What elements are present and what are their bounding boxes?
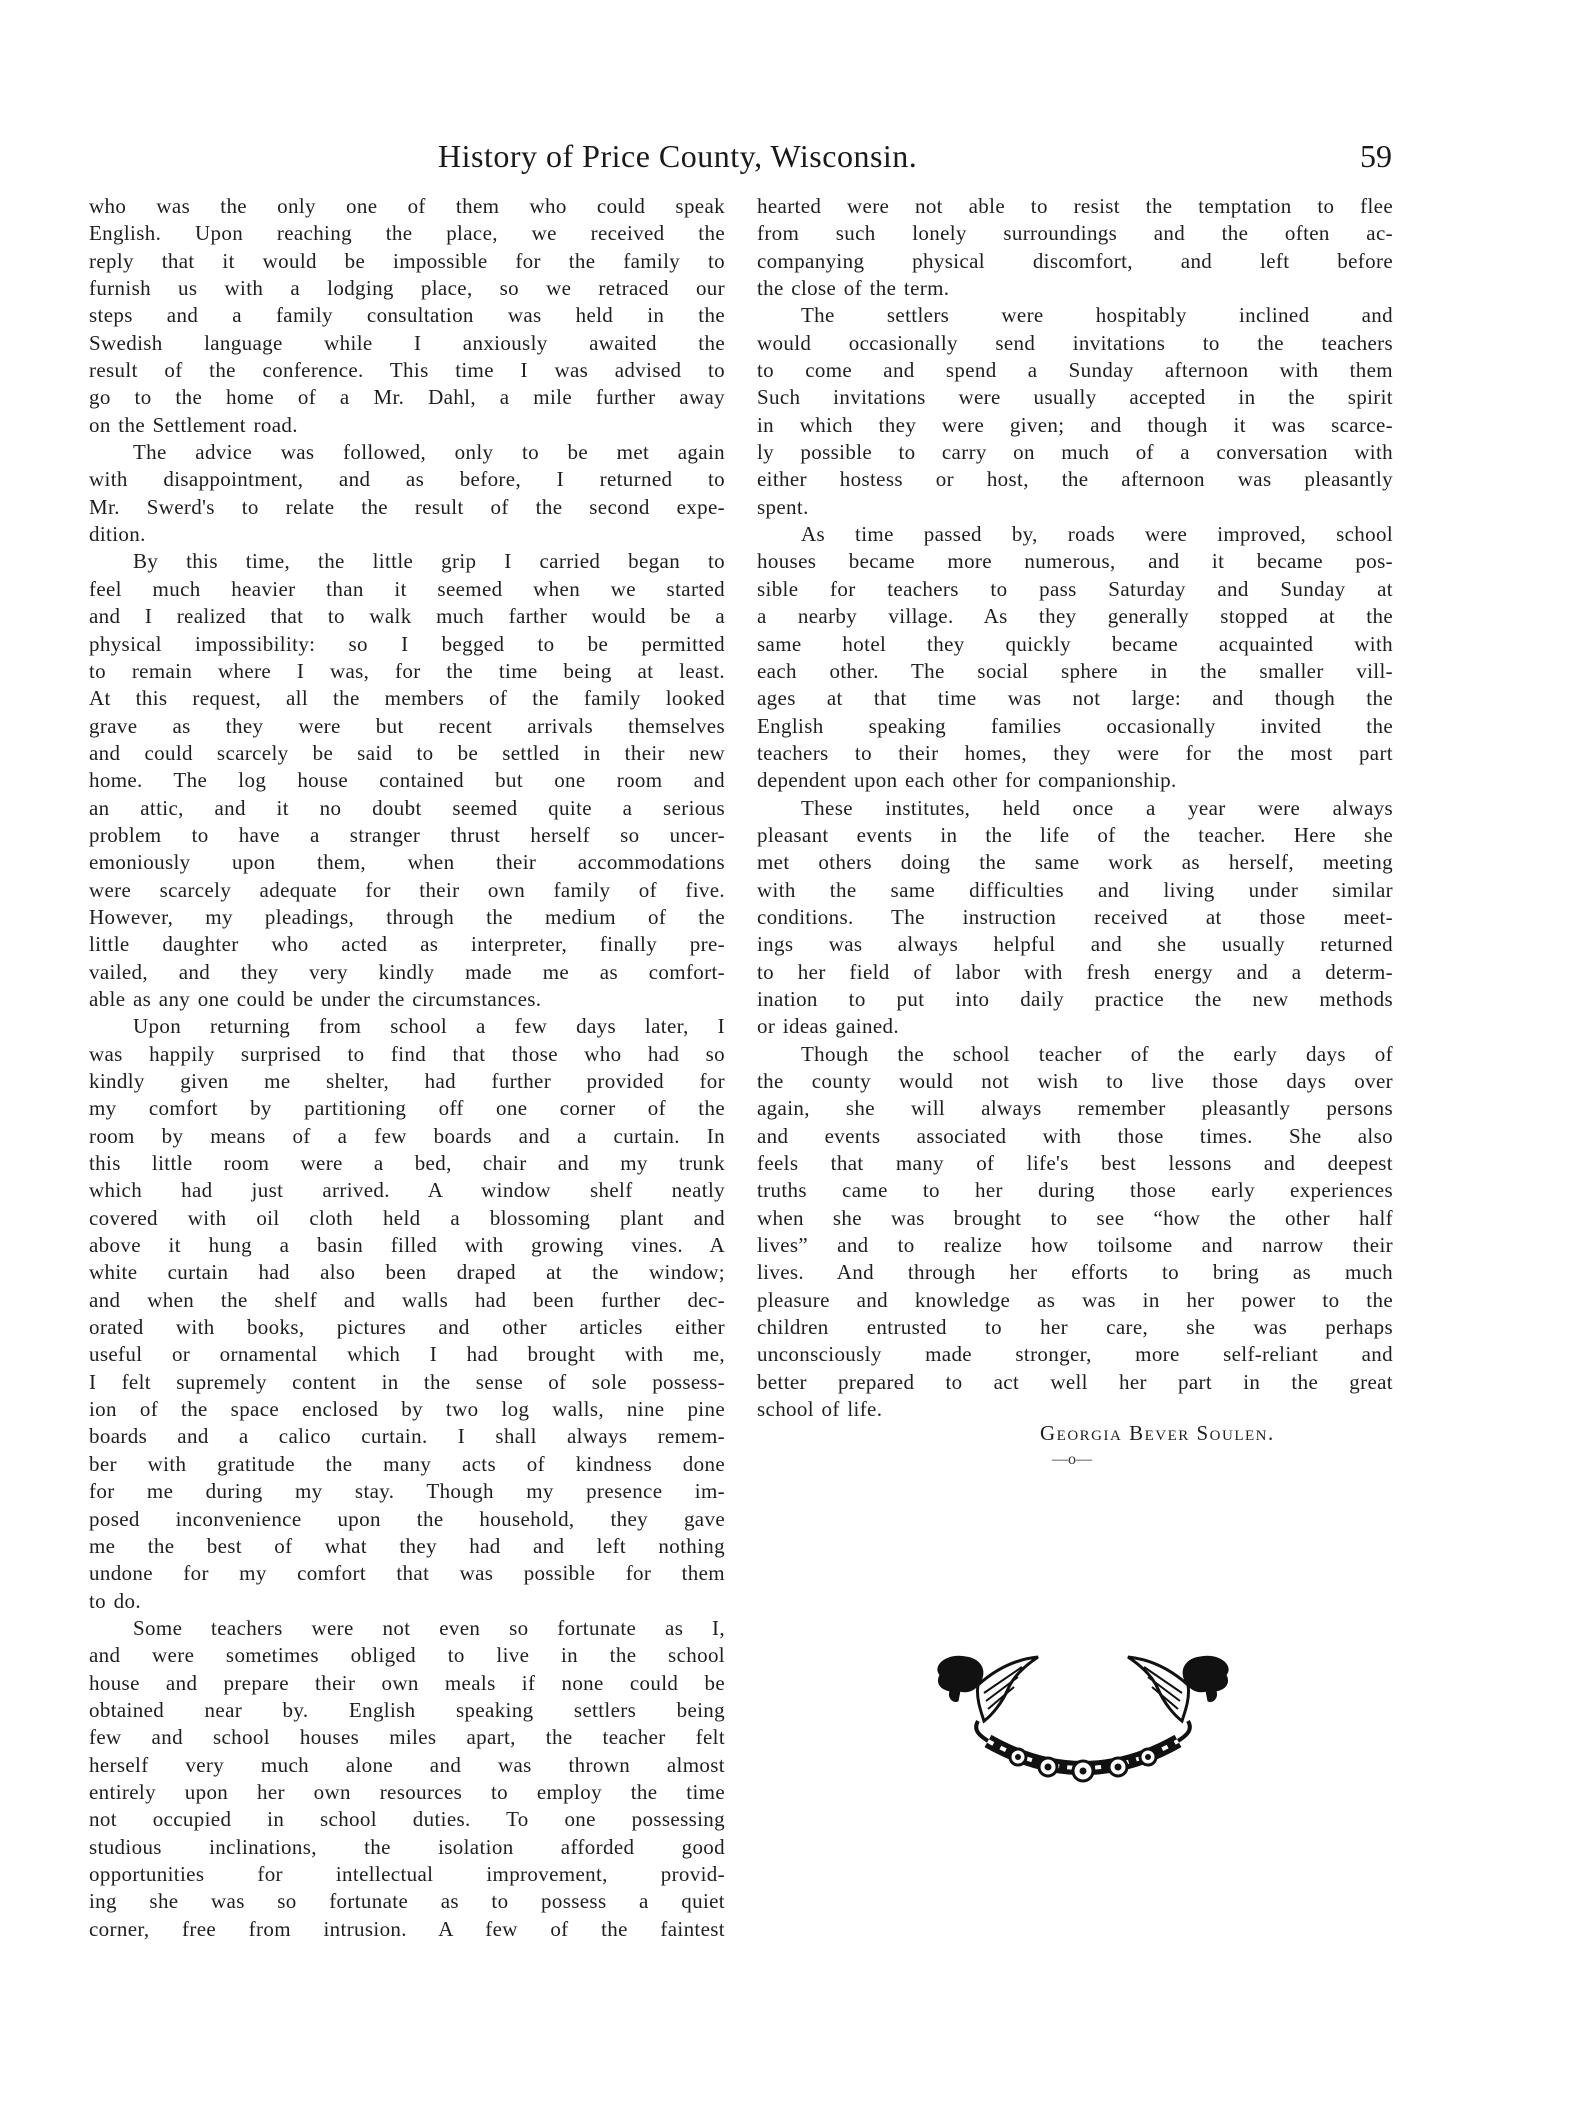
text-line: few and school houses miles apart, the t…: [89, 1724, 725, 1751]
text-line: As time passed by, roads were improved, …: [757, 521, 1393, 548]
text-line: which had just arrived. A window shelf n…: [89, 1177, 725, 1204]
text-line: again, she will always remember pleasant…: [757, 1095, 1393, 1122]
text-line: steps and a family consultation was held…: [89, 302, 725, 329]
text-line: and when the shelf and walls had been fu…: [89, 1287, 725, 1314]
text-line: covered with oil cloth held a blossoming…: [89, 1205, 725, 1232]
text-line: white curtain had also been draped at th…: [89, 1259, 725, 1286]
text-line: pleasure and knowledge as was in her pow…: [757, 1287, 1393, 1314]
text-line: posed inconvenience upon the household, …: [89, 1506, 725, 1533]
text-line: able as any one could be under the circu…: [89, 986, 725, 1013]
text-line: teachers to their homes, they were for t…: [757, 740, 1393, 767]
text-line: These institutes, held once a year were …: [757, 795, 1393, 822]
text-line: and were sometimes obliged to live in th…: [89, 1642, 725, 1669]
text-line: hearted were not able to resist the temp…: [757, 193, 1393, 220]
text-line: school of life.: [757, 1396, 1393, 1423]
text-line: on the Settlement road.: [89, 412, 725, 439]
text-line: with the same difficulties and living un…: [757, 877, 1393, 904]
text-line: useful or ornamental which I had brought…: [89, 1341, 725, 1368]
text-line: ber with gratitude the many acts of kind…: [89, 1451, 725, 1478]
text-line: furnish us with a lodging place, so we r…: [89, 275, 725, 302]
running-title: History of Price County, Wisconsin.: [438, 138, 917, 175]
text-line: undone for my comfort that was possible …: [89, 1560, 725, 1587]
text-line: better prepared to act well her part in …: [757, 1369, 1393, 1396]
text-line: and I realized that to walk much farther…: [89, 603, 725, 630]
text-line: same hotel they quickly became acquainte…: [757, 631, 1393, 658]
right-text-column: hearted were not able to resist the temp…: [757, 193, 1393, 1423]
text-line: I felt supremely content in the sense of…: [89, 1369, 725, 1396]
text-line: pleasant events in the life of the teach…: [757, 822, 1393, 849]
text-line: corner, free from intrusion. A few of th…: [89, 1916, 725, 1943]
text-line: kindly given me shelter, had further pro…: [89, 1068, 725, 1095]
text-line: and could scarcely be said to be settled…: [89, 740, 725, 767]
text-line: ing she was so fortunate as to possess a…: [89, 1888, 725, 1915]
text-line: At this request, all the members of the …: [89, 685, 725, 712]
text-line: English. Upon reaching the place, we rec…: [89, 220, 725, 247]
text-line: ages at that time was not large: and tho…: [757, 685, 1393, 712]
text-line: feels that many of life's best lessons a…: [757, 1150, 1393, 1177]
text-line: Swedish language while I anxiously await…: [89, 330, 725, 357]
page-number: 59: [1360, 138, 1392, 175]
text-line: The advice was followed, only to be met …: [89, 439, 725, 466]
text-line: The settlers were hospitably inclined an…: [757, 302, 1393, 329]
text-line: lives” and to realize how toilsome and n…: [757, 1232, 1393, 1259]
text-line: By this time, the little grip I carried …: [89, 548, 725, 575]
left-text-column: who was the only one of them who could s…: [89, 193, 725, 1943]
text-line: little daughter who acted as interpreter…: [89, 931, 725, 958]
text-line: companying physical discomfort, and left…: [757, 248, 1393, 275]
text-line: were scarcely adequate for their own fam…: [89, 877, 725, 904]
text-line: orated with books, pictures and other ar…: [89, 1314, 725, 1341]
text-line: above it hung a basin filled with growin…: [89, 1232, 725, 1259]
running-header: History of Price County, Wisconsin. 59: [438, 138, 1400, 184]
text-line: with disappointment, and as before, I re…: [89, 466, 725, 493]
text-line: room by means of a few boards and a curt…: [89, 1123, 725, 1150]
text-line: Upon returning from school a few days la…: [89, 1013, 725, 1040]
text-line: ings was always helpful and she usually …: [757, 931, 1393, 958]
text-line: was happily surprised to find that those…: [89, 1041, 725, 1068]
text-line: boards and a calico curtain. I shall alw…: [89, 1423, 725, 1450]
text-line: ly possible to carry on much of a conver…: [757, 439, 1393, 466]
text-line: physical impossibility: so I begged to b…: [89, 631, 725, 658]
text-line: the close of the term.: [757, 275, 1393, 302]
text-line: or ideas gained.: [757, 1013, 1393, 1040]
text-line: reply that it would be impossible for th…: [89, 248, 725, 275]
text-line: Such invitations were usually accepted i…: [757, 384, 1393, 411]
text-line: feel much heavier than it seemed when we…: [89, 576, 725, 603]
text-line: vailed, and they very kindly made me as …: [89, 959, 725, 986]
text-line: met others doing the same work as hersel…: [757, 849, 1393, 876]
text-line: entirely upon her own resources to emplo…: [89, 1779, 725, 1806]
winged-cherubs-garland-ornament-icon: [918, 1645, 1248, 1790]
text-line: ion of the space enclosed by two log wal…: [89, 1396, 725, 1423]
section-separator: —o—: [1052, 1451, 1092, 1469]
text-line: either hostess or host, the afternoon wa…: [757, 466, 1393, 493]
text-line: However, my pleadings, through the mediu…: [89, 904, 725, 931]
text-line: ination to put into daily practice the n…: [757, 986, 1393, 1013]
text-line: unconsciously made stronger, more self-r…: [757, 1341, 1393, 1368]
text-line: not occupied in school duties. To one po…: [89, 1806, 725, 1833]
text-line: each other. The social sphere in the sma…: [757, 658, 1393, 685]
text-line: children entrusted to her care, she was …: [757, 1314, 1393, 1341]
text-line: and events associated with those times. …: [757, 1123, 1393, 1150]
text-line: house and prepare their own meals if non…: [89, 1670, 725, 1697]
text-line: sible for teachers to pass Saturday and …: [757, 576, 1393, 603]
text-line: result of the conference. This time I wa…: [89, 357, 725, 384]
text-line: spent.: [757, 494, 1393, 521]
text-line: in which they were given; and though it …: [757, 412, 1393, 439]
text-line: Mr. Swerd's to relate the result of the …: [89, 494, 725, 521]
text-line: grave as they were but recent arrivals t…: [89, 713, 725, 740]
text-line: me the best of what they had and left no…: [89, 1533, 725, 1560]
text-line: the county would not wish to live those …: [757, 1068, 1393, 1095]
text-line: from such lonely surroundings and the of…: [757, 220, 1393, 247]
author-signature: Georgia Bever Soulen.: [1040, 1421, 1275, 1446]
text-line: dependent upon each other for companions…: [757, 767, 1393, 794]
text-line: go to the home of a Mr. Dahl, a mile fur…: [89, 384, 725, 411]
text-line: when she was brought to see “how the oth…: [757, 1205, 1393, 1232]
text-line: my comfort by partitioning off one corne…: [89, 1095, 725, 1122]
text-line: herself very much alone and was thrown a…: [89, 1752, 725, 1779]
text-line: dition.: [89, 521, 725, 548]
text-line: English speaking families occasionally i…: [757, 713, 1393, 740]
text-line: studious inclinations, the isolation aff…: [89, 1834, 725, 1861]
text-line: an attic, and it no doubt seemed quite a…: [89, 795, 725, 822]
text-line: who was the only one of them who could s…: [89, 193, 725, 220]
text-line: home. The log house contained but one ro…: [89, 767, 725, 794]
text-line: Some teachers were not even so fortunate…: [89, 1615, 725, 1642]
text-line: emoniously upon them, when their accommo…: [89, 849, 725, 876]
text-line: lives. And through her efforts to bring …: [757, 1259, 1393, 1286]
text-line: this little room were a bed, chair and m…: [89, 1150, 725, 1177]
text-line: obtained near by. English speaking settl…: [89, 1697, 725, 1724]
text-line: to her field of labor with fresh energy …: [757, 959, 1393, 986]
text-line: to remain where I was, for the time bein…: [89, 658, 725, 685]
text-line: would occasionally send invitations to t…: [757, 330, 1393, 357]
text-line: to come and spend a Sunday afternoon wit…: [757, 357, 1393, 384]
text-line: conditions. The instruction received at …: [757, 904, 1393, 931]
text-line: Though the school teacher of the early d…: [757, 1041, 1393, 1068]
text-line: problem to have a stranger thrust hersel…: [89, 822, 725, 849]
text-line: to do.: [89, 1588, 725, 1615]
text-line: truths came to her during those early ex…: [757, 1177, 1393, 1204]
text-line: for me during my stay. Though my presenc…: [89, 1478, 725, 1505]
text-line: opportunities for intellectual improveme…: [89, 1861, 725, 1888]
text-line: a nearby village. As they generally stop…: [757, 603, 1393, 630]
text-line: houses became more numerous, and it beca…: [757, 548, 1393, 575]
